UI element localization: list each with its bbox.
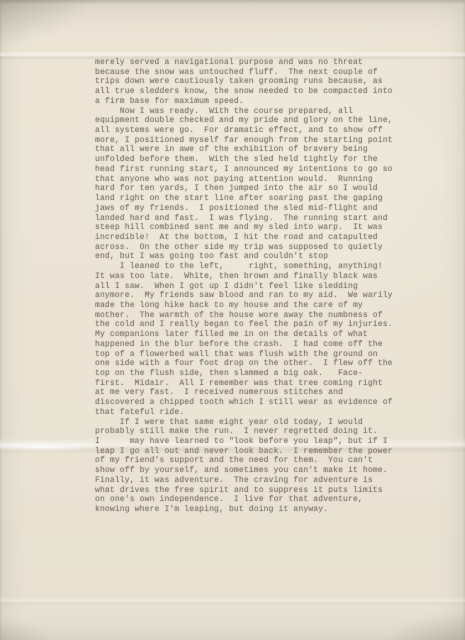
scanned-page: merely served a navigational purpose and… [0,0,465,640]
fold-crease-bottom [0,596,465,606]
typed-text-body: merely served a navigational purpose and… [95,58,393,515]
screenshot-root: { "colors": { "paper": "#ebe4d5", "ink":… [0,0,465,640]
